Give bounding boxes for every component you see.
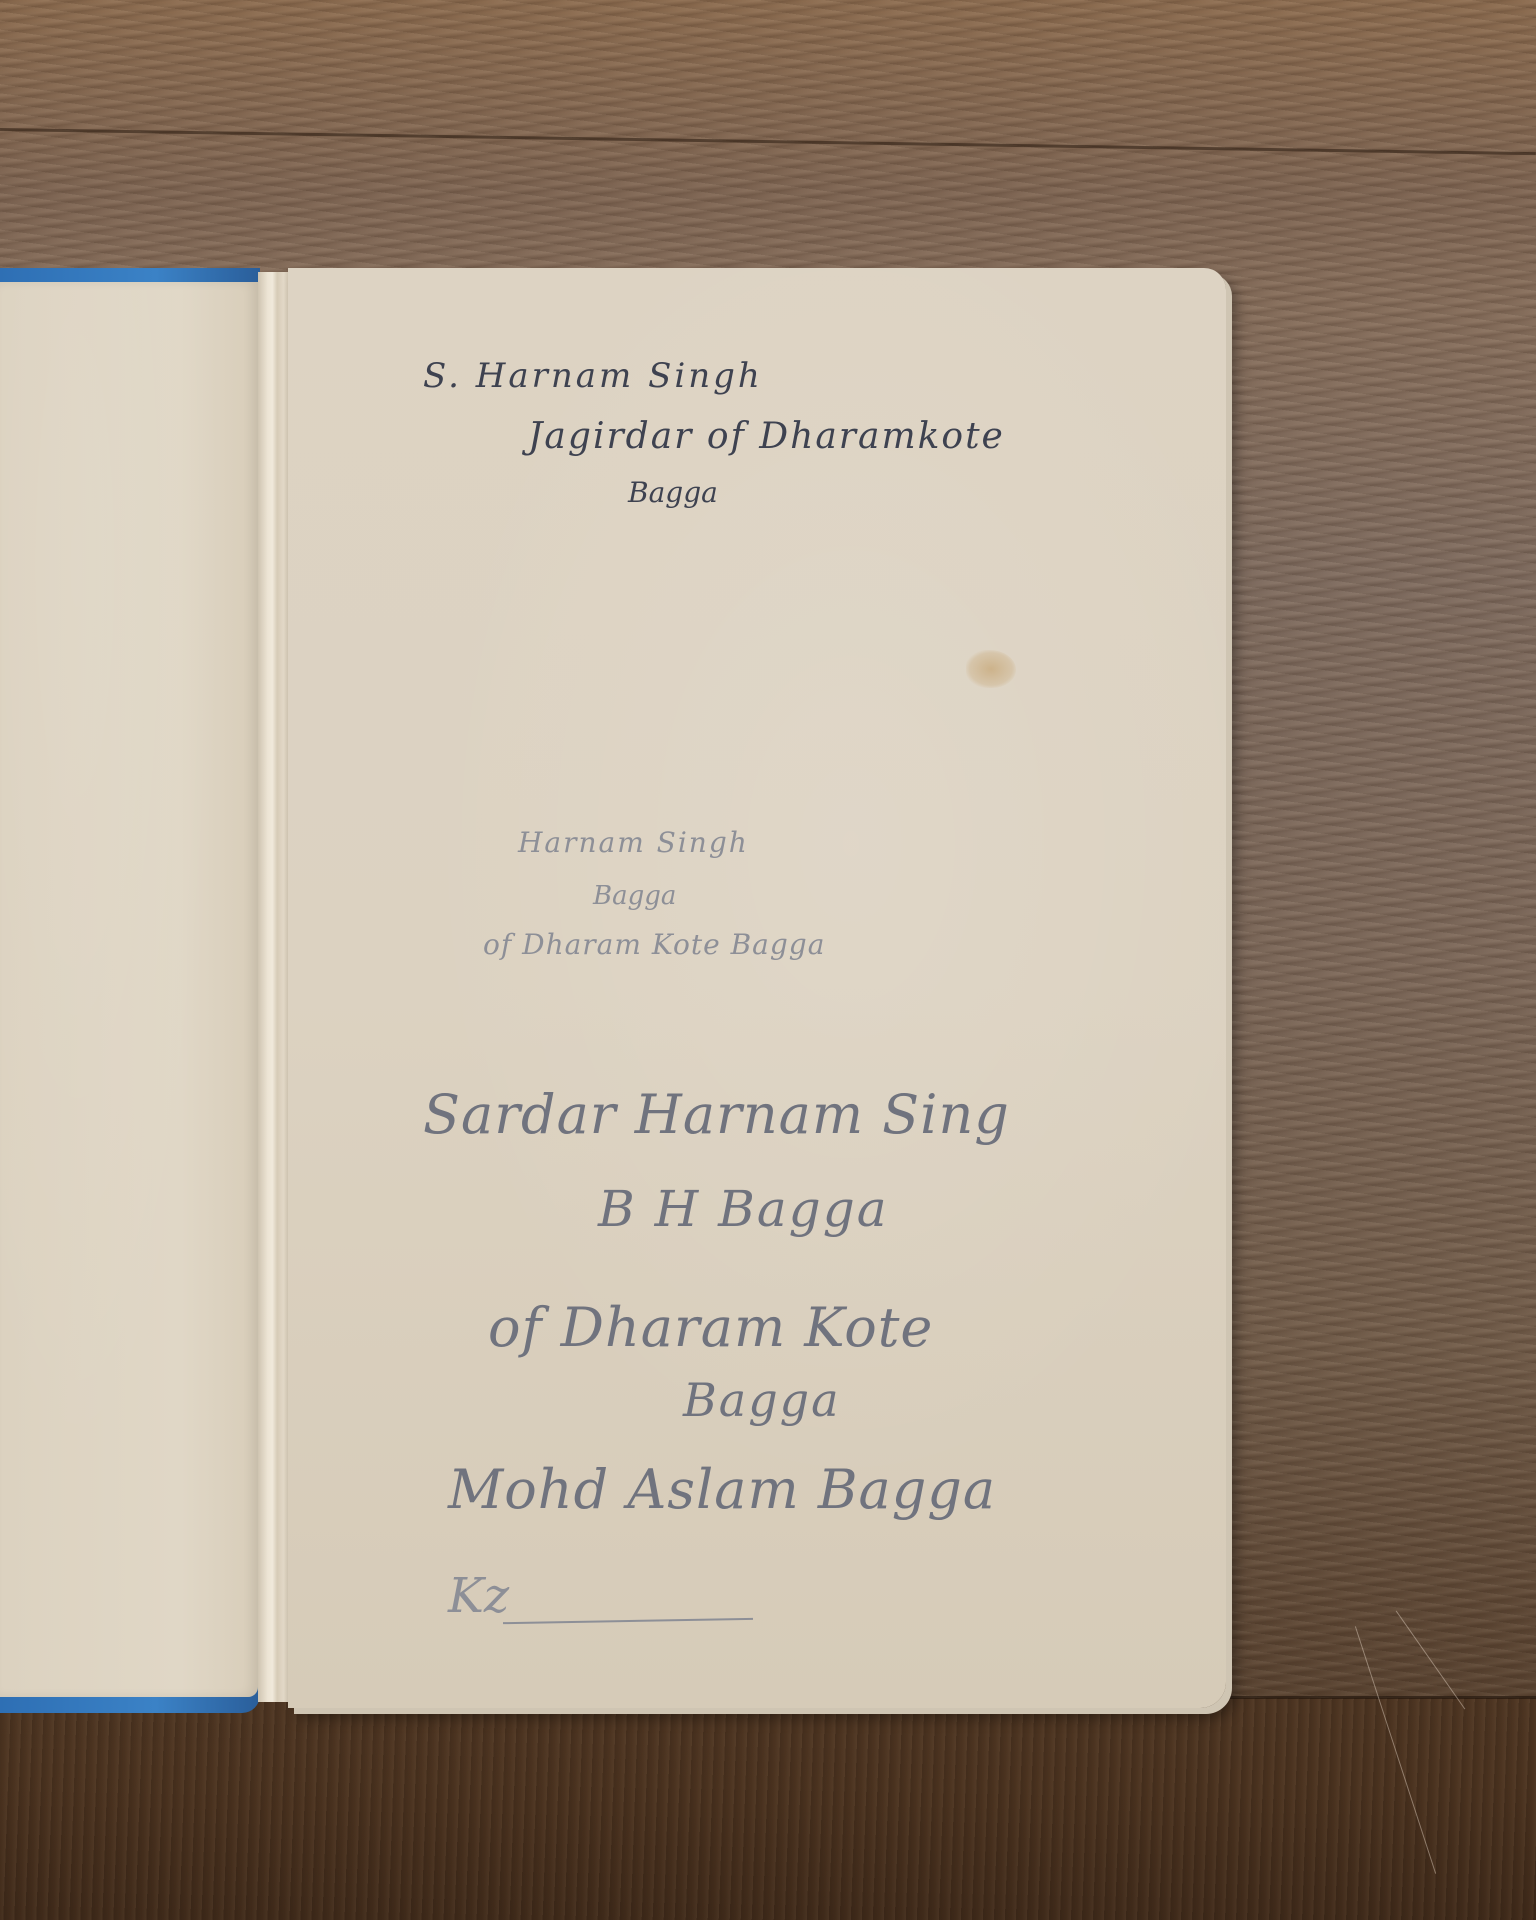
left-endpaper (0, 282, 258, 1697)
faint-pencil-name: Harnam Singh (518, 826, 749, 859)
pencil-inscription-initials: B H Bagga (598, 1180, 889, 1238)
ink-inscription-surname: Bagga (628, 476, 718, 509)
pencil-signature-mark: Kz (448, 1568, 509, 1624)
pencil-inscription-surname: Bagga (683, 1373, 841, 1427)
pencil-inscription-name: Sardar Harnam Sing (423, 1083, 1010, 1146)
faint-pencil-surname: Bagga (593, 881, 676, 911)
ink-inscription-name: S. Harnam Singh (423, 356, 763, 396)
flyleaf-page: S. Harnam Singh Jagirdar of Dharamkote B… (288, 268, 1226, 1708)
signature-underline (503, 1618, 753, 1624)
ink-inscription-title: Jagirdar of Dharamkote (528, 416, 1005, 457)
foxing-stain (966, 650, 1016, 688)
pencil-inscription-place: of Dharam Kote (488, 1296, 933, 1359)
pencil-inscription-second-name: Mohd Aslam Bagga (448, 1458, 996, 1521)
faint-pencil-place: of Dharam Kote Bagga (483, 928, 825, 961)
wooden-table-lower-plank (0, 1698, 1536, 1920)
book-gutter (258, 272, 290, 1702)
